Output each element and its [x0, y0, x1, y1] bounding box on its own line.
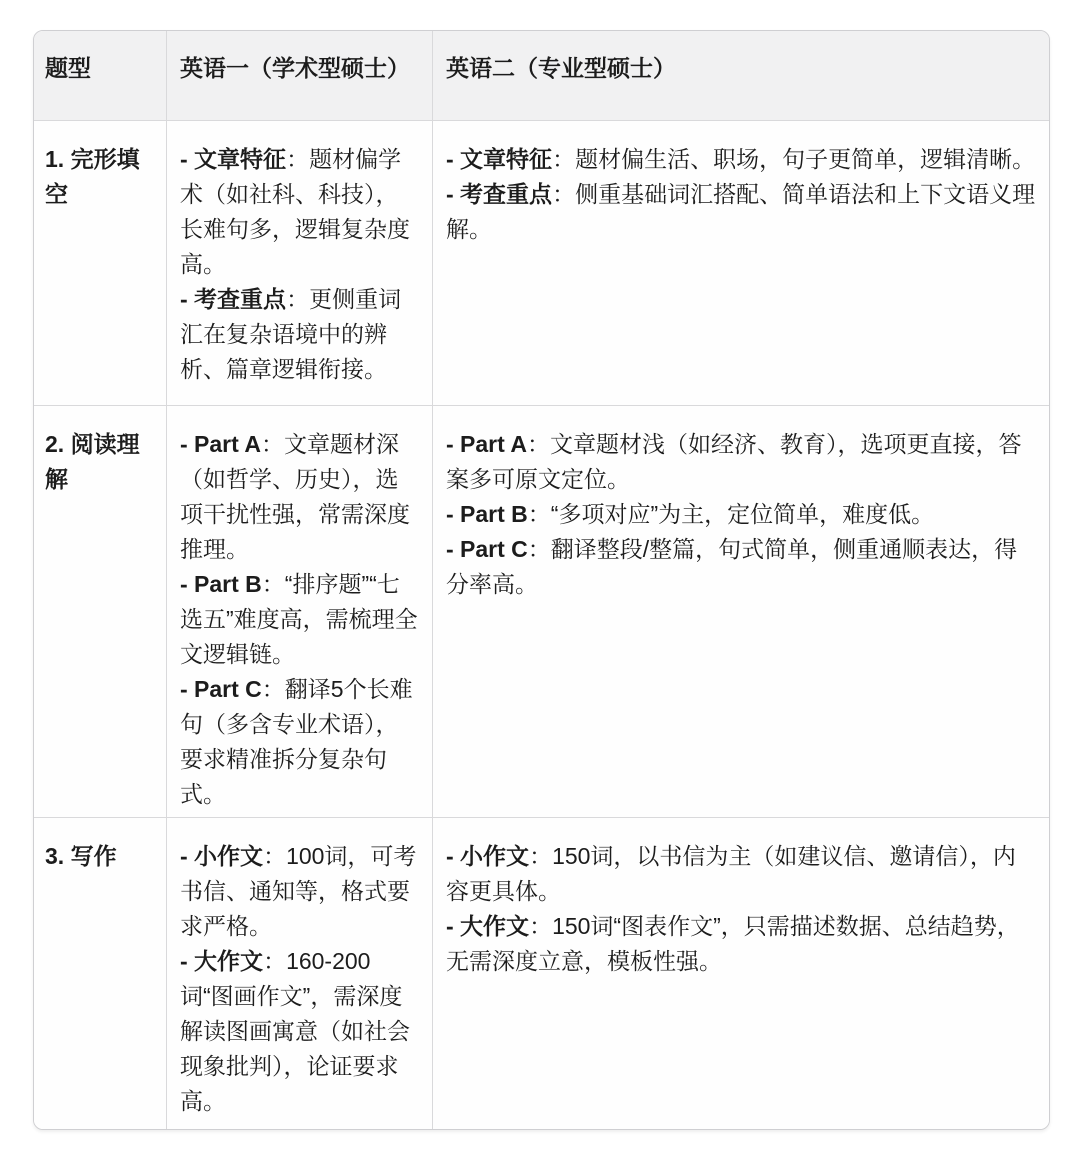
cell-reading-english2: - Part A：文章题材浅（如经济、教育），选项更直接，答案多可原文定位。 -… [433, 406, 1049, 818]
item-text: ：翻译整段/整篇，句式简单，侧重通顺表达，得分率高。 [446, 536, 1017, 597]
header-cell-english1: 英语一（学术型硕士） [167, 31, 433, 121]
cell-cloze-english1: - 文章特征：题材偏学术（如社科、科技），长难句多，逻辑复杂度高。 - 考查重点… [167, 121, 433, 406]
item-label: - 考查重点 [446, 181, 552, 207]
item-label: - Part A [180, 431, 261, 457]
comparison-table: 题型 英语一（学术型硕士） 英语二（专业型硕士） 1. 完形填空 - 文章特征：… [33, 30, 1050, 1130]
list-item: - 文章特征：题材偏生活、职场，句子更简单，逻辑清晰。 [446, 142, 1037, 177]
list-item: - Part A：文章题材浅（如经济、教育），选项更直接，答案多可原文定位。 [446, 427, 1037, 497]
item-text: ：150词，以书信为主（如建议信、邀请信），内容更具体。 [446, 843, 1016, 904]
item-label: - 小作文 [180, 843, 263, 869]
list-item: - Part B：“排序题”“七选五”难度高，需梳理全文逻辑链。 [180, 567, 420, 672]
cell-writing-english2: - 小作文：150词，以书信为主（如建议信、邀请信），内容更具体。 - 大作文：… [433, 818, 1049, 1129]
row-label-cloze: 1. 完形填空 [34, 121, 167, 406]
list-item: - 小作文：100词，可考书信、通知等，格式要求严格。 [180, 839, 420, 944]
item-label: - Part B [180, 571, 262, 597]
item-label: - 考查重点 [180, 286, 286, 312]
list-item: - Part A：文章题材深（如哲学、历史），选项干扰性强，常需深度推理。 [180, 427, 420, 567]
row-label-writing: 3. 写作 [34, 818, 167, 1129]
list-item: - 文章特征：题材偏学术（如社科、科技），长难句多，逻辑复杂度高。 [180, 142, 420, 282]
item-label: - Part B [446, 501, 528, 527]
item-text: ：文章题材浅（如经济、教育），选项更直接，答案多可原文定位。 [446, 431, 1021, 492]
list-item: - 大作文：160-200词“图画作文”，需深度解读图画寓意（如社会现象批判），… [180, 944, 420, 1119]
list-item: - Part C：翻译整段/整篇，句式简单，侧重通顺表达，得分率高。 [446, 532, 1037, 602]
list-item: - 小作文：150词，以书信为主（如建议信、邀请信），内容更具体。 [446, 839, 1037, 909]
cell-writing-english1: - 小作文：100词，可考书信、通知等，格式要求严格。 - 大作文：160-20… [167, 818, 433, 1129]
list-item: - Part B：“多项对应”为主，定位简单，难度低。 [446, 497, 1037, 532]
header-cell-question-type: 题型 [34, 31, 167, 121]
item-text: ：“多项对应”为主，定位简单，难度低。 [528, 501, 934, 527]
item-label: - Part C [446, 536, 528, 562]
cell-reading-english1: - Part A：文章题材深（如哲学、历史），选项干扰性强，常需深度推理。 - … [167, 406, 433, 818]
row-label-reading: 2. 阅读理解 [34, 406, 167, 818]
header-cell-english2: 英语二（专业型硕士） [433, 31, 1049, 121]
list-item: - Part C：翻译5个长难句（多含专业术语），要求精准拆分复杂句式。 [180, 672, 420, 812]
item-label: - 大作文 [180, 948, 263, 974]
item-label: - 大作文 [446, 913, 529, 939]
item-label: - 文章特征 [446, 146, 552, 172]
item-label: - 小作文 [446, 843, 529, 869]
item-label: - Part A [446, 431, 527, 457]
item-text: ：150词“图表作文”，只需描述数据、总结趋势，无需深度立意，模板性强。 [446, 913, 1020, 974]
item-label: - Part C [180, 676, 262, 702]
item-label: - 文章特征 [180, 146, 286, 172]
list-item: - 大作文：150词“图表作文”，只需描述数据、总结趋势，无需深度立意，模板性强… [446, 909, 1037, 979]
item-text: ：题材偏生活、职场，句子更简单，逻辑清晰。 [552, 146, 1035, 172]
cell-cloze-english2: - 文章特征：题材偏生活、职场，句子更简单，逻辑清晰。 - 考查重点：侧重基础词… [433, 121, 1049, 406]
list-item: - 考查重点：侧重基础词汇搭配、简单语法和上下文语义理解。 [446, 177, 1037, 247]
list-item: - 考查重点：更侧重词汇在复杂语境中的辨析、篇章逻辑衔接。 [180, 282, 420, 387]
